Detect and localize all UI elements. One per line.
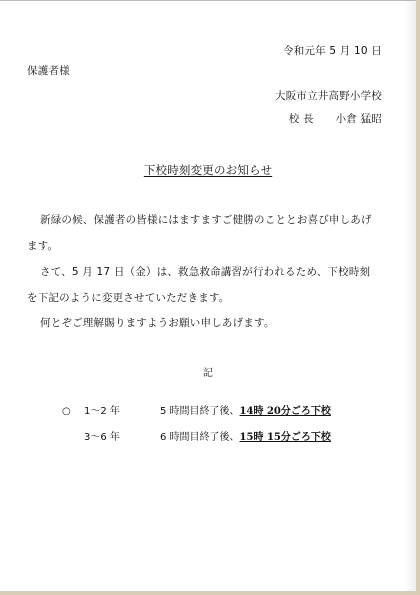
schedule-grades: 3〜6 年 [84,431,160,445]
schedule-dismissal-time: 15時 15分ごろ下校 [240,432,331,443]
body-paragraph-2-line-1: さて、5 月 17 日（金）は、救急救命講習が行われるため、下校時刻 [27,265,391,279]
school-name: 大阪市立井高野小学校 [275,89,382,103]
document-page: 令和元年 5 月 10 日 保護者様 大阪市立井高野小学校 校 長小倉 猛昭 下… [0,0,416,591]
schedule-description: 5 時間目終了後、 [160,405,240,419]
body-paragraph-1-line-2: ます。 [27,239,391,253]
schedule-dismissal-time: 14時 20分ごろ下校 [240,406,331,417]
body-paragraph-3-line-1: 何とぞご理解賜りますようお願い申しあげます。 [27,316,391,330]
schedule-row: ○1〜2 年5 時間目終了後、14時 20分ごろ下校 [62,405,331,419]
notice-heading: 記 [0,367,416,381]
document-title: 下校時刻変更のお知らせ [0,163,416,177]
schedule-grades: 1〜2 年 [84,405,160,419]
body-paragraph-2-line-2: を下記のように変更させていただきます。 [27,291,391,305]
document-title-text: 下校時刻変更のお知らせ [144,163,272,177]
addressee: 保護者様 [27,64,70,78]
principal-title: 校 長 [289,113,314,125]
schedule-description: 6 時間目終了後、 [160,431,240,445]
schedule-row: 3〜6 年6 時間目終了後、15時 15分ごろ下校 [62,431,331,445]
principal-signature: 校 長小倉 猛昭 [289,112,382,126]
issue-date: 令和元年 5 月 10 日 [283,44,382,58]
body-paragraph-1-line-1: 新緑の候、保護者の皆様にはますますご健勝のこととお喜び申しあげ [27,213,391,227]
principal-name: 小倉 猛昭 [336,113,382,125]
circle-bullet-icon: ○ [62,405,84,419]
